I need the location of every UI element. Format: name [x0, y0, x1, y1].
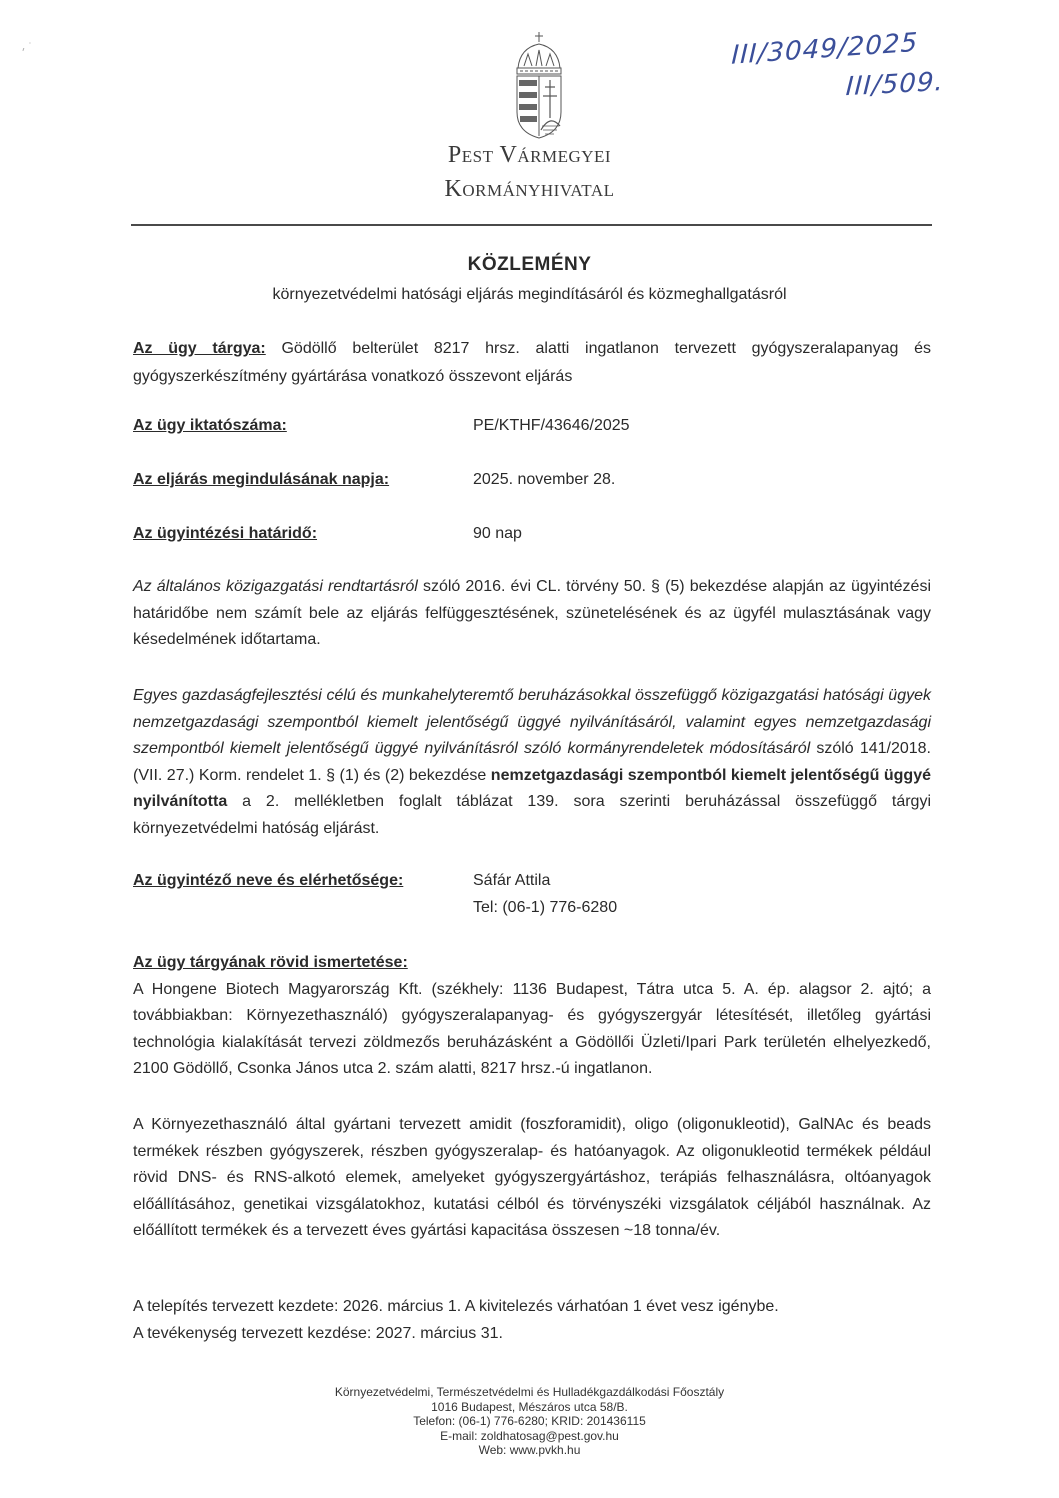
footer-department: Környezetvédelmi, Természetvédelmi és Hu…	[0, 1385, 1059, 1400]
schedule-line2: A tevékenység tervezett kezdése: 2027. m…	[133, 1321, 931, 1348]
field-value: 90 nap	[473, 525, 522, 543]
field-value: PE/KTHF/43646/2025	[473, 417, 630, 435]
priority-note-text2: a 2. mellékletben foglalt táblázat 139. …	[133, 793, 931, 837]
law-title: Az általános közigazgatási rendtartásról	[133, 578, 418, 595]
contact-name: Sáfár Attila	[473, 872, 550, 890]
footer: Környezetvédelmi, Természetvédelmi és Hu…	[0, 1385, 1059, 1458]
schedule: A telepítés tervezett kezdete: 2026. már…	[133, 1294, 931, 1347]
handwritten-reference-number: III/3049/2025 III/509.	[726, 26, 1014, 106]
summary-paragraph1: A Hongene Biotech Magyarország Kft. (szé…	[133, 977, 931, 1083]
scan-margin-marks: ⸴ ˙	[22, 38, 33, 55]
field-label: Az eljárás megindulásának napja:	[133, 471, 389, 489]
contact-label: Az ügyintéző neve és elérhetősége:	[133, 872, 403, 890]
contact-phone: Tel: (06-1) 776-6280	[473, 899, 617, 917]
field-value: 2025. november 28.	[473, 471, 615, 489]
summary-section: Az ügy tárgyának rövid ismertetése: A Ho…	[133, 950, 931, 1083]
footer-web[interactable]: Web: www.pvkh.hu	[0, 1443, 1059, 1458]
priority-note-paragraph: Egyes gazdaságfejlesztési célú és munkah…	[133, 683, 931, 842]
field-label: Az ügy iktatószáma:	[133, 417, 287, 435]
header-divider	[131, 224, 932, 226]
organization-name-line2: Kormányhivatal	[0, 176, 1059, 203]
notice-title: KÖZLEMÉNY	[0, 254, 1059, 276]
summary-label: Az ügy tárgyának rövid ismertetése:	[133, 950, 408, 977]
organization-name-line1: Pest Vármegyei	[0, 142, 1059, 169]
footer-address: 1016 Budapest, Mészáros utca 58/B.	[0, 1400, 1059, 1415]
notice-subtitle: környezetvédelmi hatósági eljárás megind…	[0, 286, 1059, 304]
schedule-line1: A telepítés tervezett kezdete: 2026. már…	[133, 1294, 931, 1321]
summary-paragraph2: A Környezethasználó által gyártani terve…	[133, 1112, 931, 1245]
footer-phone: Telefon: (06-1) 776-6280; KRID: 20143611…	[0, 1414, 1059, 1429]
subject-paragraph: Az ügy tárgya: Gödöllő belterület 8217 h…	[133, 335, 931, 391]
footer-email[interactable]: E-mail: zoldhatosag@pest.gov.hu	[0, 1429, 1059, 1444]
subject-label: Az ügy tárgya:	[133, 340, 266, 357]
hungarian-coat-of-arms-icon	[510, 30, 568, 140]
deadline-note-paragraph: Az általános közigazgatási rendtartásról…	[133, 574, 931, 654]
field-label: Az ügyintézési határidő:	[133, 525, 317, 543]
